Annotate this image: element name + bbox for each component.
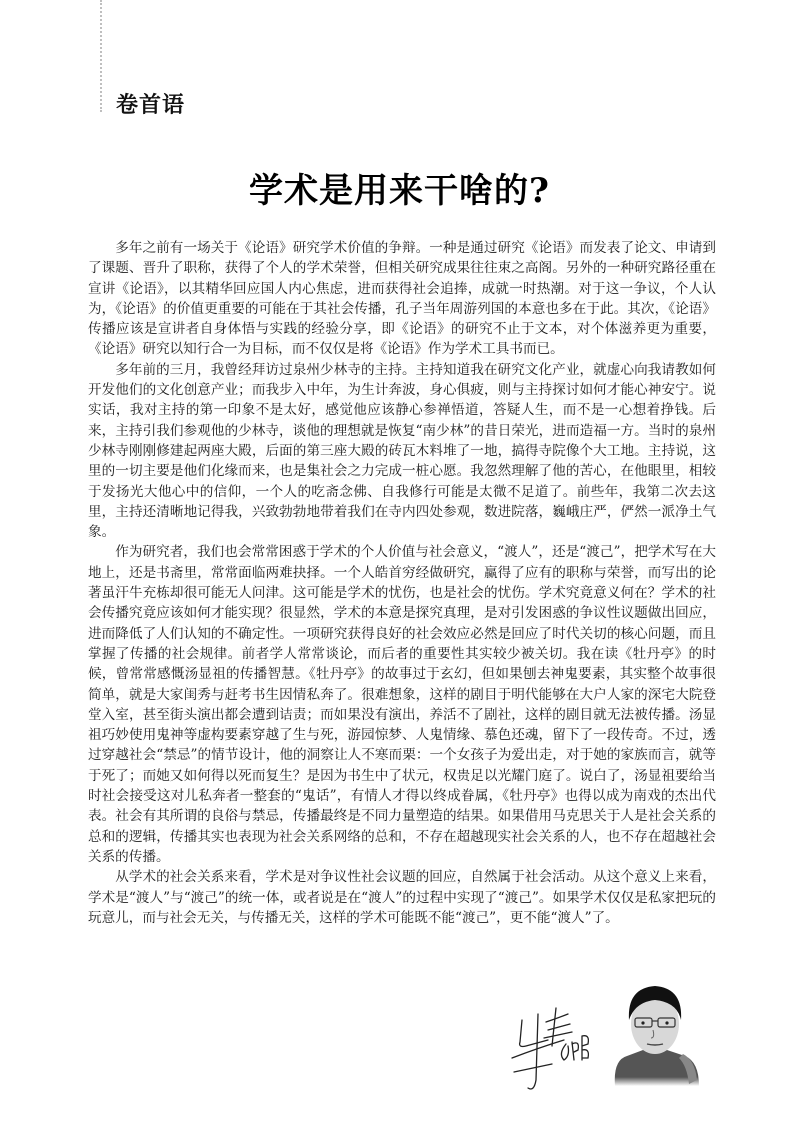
author-block	[508, 980, 768, 1110]
author-signature-icon	[508, 1000, 618, 1110]
margin-dotted-rule	[100, 0, 102, 112]
author-photo	[605, 980, 705, 1086]
article-title: 学术是用来干啥的?	[0, 163, 799, 212]
paragraph-1: 多年之前有一场关于《论语》研究学术价值的争辩。一种是通过研究《论语》而发表了论文…	[88, 238, 716, 360]
paragraph-4: 从学术的社会关系来看，学术是对争议性社会议题的回应，自然属于社会活动。从这个意义…	[88, 867, 716, 928]
section-label: 卷首语	[116, 88, 185, 119]
article-body: 多年之前有一场关于《论语》研究学术价值的争辩。一种是通过研究《论语》而发表了论文…	[88, 238, 716, 928]
paragraph-2: 多年前的三月，我曾经拜访过泉州少林寺的主持。主持知道我在研究文化产业，就虚心向我…	[88, 360, 716, 543]
paragraph-3: 作为研究者，我们也会常常困惑于学术的个人价值与社会意义，“渡人”，还是“渡己”，…	[88, 542, 716, 867]
